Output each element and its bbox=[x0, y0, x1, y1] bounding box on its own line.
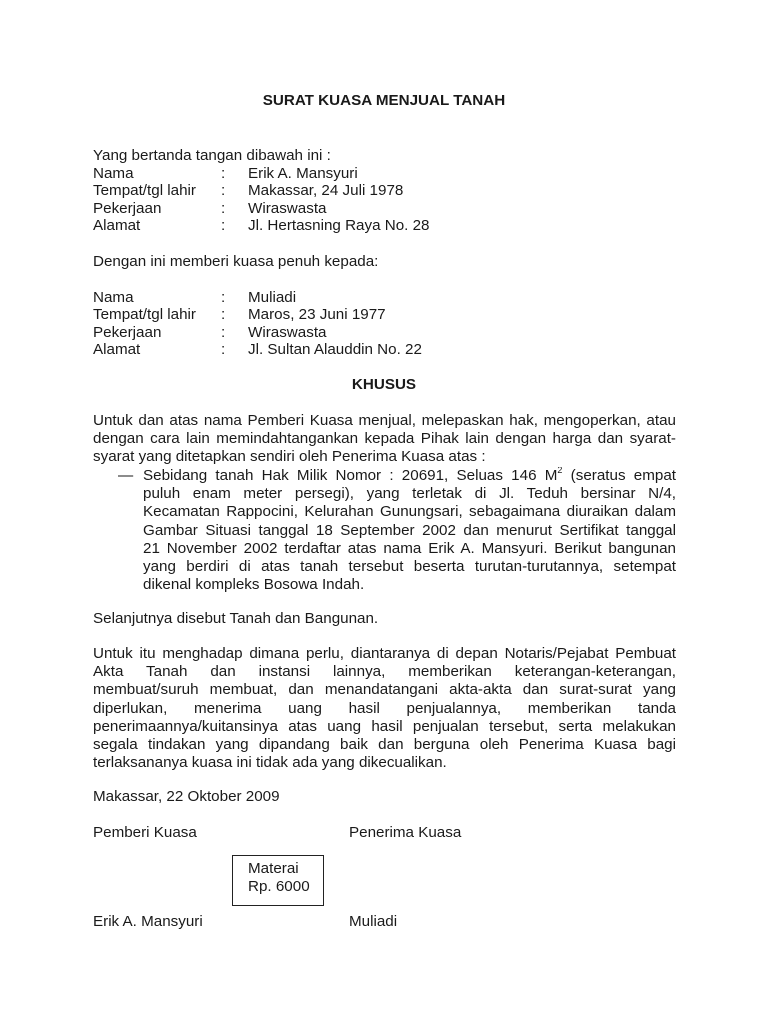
field-separator: : bbox=[221, 306, 225, 324]
stamp-duty-box: Materai Rp. 6000 bbox=[232, 855, 324, 906]
field-label: Alamat bbox=[93, 341, 140, 359]
grantor-field-occupation: Pekerjaan : Wiraswasta bbox=[93, 200, 693, 218]
field-label: Tempat/tgl lahir bbox=[93, 306, 196, 324]
property-description-text: Sebidang tanah Hak Milik Nomor : 20691, … bbox=[143, 467, 676, 594]
bullet-line-part: (seratus empat bbox=[562, 467, 676, 484]
bullet-line: 21 November 2002 terdaftar atas nama Eri… bbox=[143, 540, 676, 558]
grantor-role-label: Pemberi Kuasa bbox=[93, 824, 197, 842]
grantee-field-occupation: Pekerjaan : Wiraswasta bbox=[93, 324, 693, 342]
field-separator: : bbox=[221, 182, 225, 200]
document-title: SURAT KUASA MENJUAL TANAH bbox=[0, 92, 768, 109]
field-label: Tempat/tgl lahir bbox=[93, 182, 196, 200]
bullet-line: dikenal kompleks Bosowa Indah. bbox=[143, 576, 676, 594]
field-value: Makassar, 24 Juli 1978 bbox=[248, 182, 403, 200]
paragraph-line: diperlukan, menerima uang hasil penjuala… bbox=[93, 700, 676, 718]
grantor-field-name: Nama : Erik A. Mansyuri bbox=[93, 165, 693, 183]
field-value: Jl. Sultan Alauddin No. 22 bbox=[248, 341, 422, 359]
grantor-field-birth: Tempat/tgl lahir : Makassar, 24 Juli 197… bbox=[93, 182, 693, 200]
field-label: Nama bbox=[93, 165, 134, 183]
dash-bullet-icon: — bbox=[118, 467, 133, 485]
field-value: Wiraswasta bbox=[248, 200, 326, 218]
grantor-field-address: Alamat : Jl. Hertasning Raya No. 28 bbox=[93, 217, 693, 235]
field-value: Erik A. Mansyuri bbox=[248, 165, 358, 183]
field-label: Pekerjaan bbox=[93, 324, 161, 342]
referred-as-text: Selanjutnya disebut Tanah dan Bangunan. bbox=[93, 610, 378, 628]
paragraph-line: Untuk dan atas nama Pemberi Kuasa menjua… bbox=[93, 412, 676, 430]
paragraph-line: syarat yang ditetapkan sendiri oleh Pene… bbox=[93, 448, 676, 466]
field-value: Wiraswasta bbox=[248, 324, 326, 342]
field-label: Alamat bbox=[93, 217, 140, 235]
intro-text: Yang bertanda tangan dibawah ini : bbox=[93, 147, 331, 165]
bullet-line: yang berdiri di atas tanah tersebut bese… bbox=[143, 558, 676, 576]
field-label: Nama bbox=[93, 289, 134, 307]
field-separator: : bbox=[221, 200, 225, 218]
field-separator: : bbox=[221, 165, 225, 183]
authority-paragraph: Untuk dan atas nama Pemberi Kuasa menjua… bbox=[93, 412, 676, 467]
field-value: Jl. Hertasning Raya No. 28 bbox=[248, 217, 430, 235]
grantee-role-label: Penerima Kuasa bbox=[349, 824, 461, 842]
field-separator: : bbox=[221, 324, 225, 342]
bullet-line: Kecamatan Rappocini, Kelurahan Gunungsar… bbox=[143, 503, 676, 521]
field-separator: : bbox=[221, 289, 225, 307]
grant-statement: Dengan ini memberi kuasa penuh kepada: bbox=[93, 253, 378, 271]
field-value: Maros, 23 Juni 1977 bbox=[248, 306, 386, 324]
paragraph-line: membuat/suruh membuat, dan menandatangan… bbox=[93, 681, 676, 699]
field-value: Muliadi bbox=[248, 289, 296, 307]
grantor-signature-name: Erik A. Mansyuri bbox=[93, 913, 203, 931]
grantee-field-name: Nama : Muliadi bbox=[93, 289, 693, 307]
bullet-line-part: Sebidang tanah Hak Milik Nomor : 20691, … bbox=[143, 467, 557, 484]
powers-paragraph: Untuk itu menghadap dimana perlu, dianta… bbox=[93, 645, 676, 772]
grantee-signature-name: Muliadi bbox=[349, 913, 397, 931]
bullet-line: Gambar Situasi tanggal 18 September 2002… bbox=[143, 522, 676, 540]
paragraph-line: segala tindakan yang dipandang baik dan … bbox=[93, 736, 676, 754]
field-separator: : bbox=[221, 341, 225, 359]
place-date: Makassar, 22 Oktober 2009 bbox=[93, 788, 280, 806]
grantee-field-address: Alamat : Jl. Sultan Alauddin No. 22 bbox=[93, 341, 693, 359]
bullet-line: puluh enam meter persegi), yang terletak… bbox=[143, 485, 676, 503]
paragraph-line: penerimaannya/kuitansinya atas uang hasi… bbox=[93, 718, 676, 736]
field-separator: : bbox=[221, 217, 225, 235]
stamp-amount: Rp. 6000 bbox=[248, 878, 310, 896]
section-heading: KHUSUS bbox=[0, 376, 768, 393]
grantee-field-birth: Tempat/tgl lahir : Maros, 23 Juni 1977 bbox=[93, 306, 693, 324]
paragraph-line: terlaksananya kuasa ini tidak ada yang d… bbox=[93, 754, 676, 772]
document-page: SURAT KUASA MENJUAL TANAH Yang bertanda … bbox=[0, 0, 768, 1024]
paragraph-line: Untuk itu menghadap dimana perlu, dianta… bbox=[93, 645, 676, 663]
field-label: Pekerjaan bbox=[93, 200, 161, 218]
bullet-line: Sebidang tanah Hak Milik Nomor : 20691, … bbox=[143, 467, 676, 485]
paragraph-line: dengan cara lain memindahtangankan kepad… bbox=[93, 430, 676, 448]
paragraph-line: Akta Tanah dan instansi lainnya, memberi… bbox=[93, 663, 676, 681]
stamp-label: Materai bbox=[248, 860, 299, 878]
